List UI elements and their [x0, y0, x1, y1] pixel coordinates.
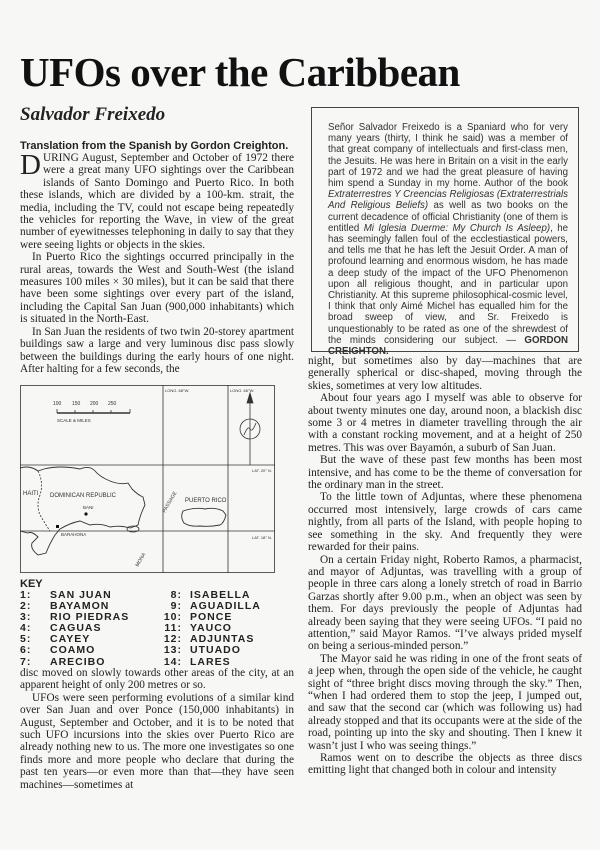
- svg-text:250: 250: [108, 401, 117, 407]
- paragraph: About four years ago I myself was able t…: [308, 392, 582, 454]
- article-title: UFOs over the Caribbean: [20, 50, 460, 94]
- paragraph: UFOs were seen performing evolutions of …: [20, 692, 294, 791]
- right-column: night, but sometimes also by day—machine…: [308, 355, 582, 777]
- svg-text:100: 100: [53, 401, 62, 407]
- svg-text:PUERTO RICO: PUERTO RICO: [185, 498, 227, 504]
- author-byline: Salvador Freixedo: [20, 104, 165, 126]
- paragraph: On a certain Friday night, Roberto Ramos…: [308, 554, 582, 653]
- key-item: 13:UTUADO: [158, 645, 261, 656]
- book-title: Mi Iglesia Duerme: My Church Is Asleep): [364, 223, 550, 234]
- svg-text:SCALE & MILES: SCALE & MILES: [57, 418, 91, 423]
- svg-text:200: 200: [90, 401, 99, 407]
- editor-note-box: Señor Salvador Freixedo is a Spaniard wh…: [311, 107, 579, 352]
- paragraph: To the little town of Adjuntas, where th…: [308, 491, 582, 553]
- svg-text:LONG. 68°W.: LONG. 68°W.: [165, 388, 189, 393]
- paragraph: The Mayor said he was riding in one of t…: [308, 653, 582, 752]
- paragraph: Ramos went on to describe the objects as…: [308, 752, 582, 777]
- translation-credit: Translation from the Spanish by Gordon C…: [20, 140, 288, 152]
- svg-text:LONG. 66°W.: LONG. 66°W.: [230, 388, 254, 393]
- drop-cap: D: [20, 153, 41, 177]
- key-item: 6:COAMO: [20, 645, 129, 656]
- svg-text:PASSAGE: PASSAGE: [162, 490, 179, 514]
- svg-text:DOMINICAN REPUBLIC: DOMINICAN REPUBLIC: [50, 493, 117, 499]
- paragraph: But the wave of these past few months ha…: [308, 454, 582, 491]
- left-column-top: DURING August, September and October of …: [20, 152, 294, 375]
- paragraph: In Puerto Rico the sightings occurred pr…: [20, 251, 294, 325]
- paragraph: night, but sometimes also by day—machine…: [308, 355, 582, 392]
- paragraph: DURING August, September and October of …: [20, 152, 294, 251]
- svg-text:HAITI: HAITI: [23, 491, 39, 497]
- svg-text:LAT. 20° N.: LAT. 20° N.: [252, 468, 272, 473]
- key-item: 7:ARECIBO: [20, 657, 129, 668]
- key-list-left: 1:SAN JUAN 2:BAYAMON 3:RIO PIEDRAS 4:CAG…: [20, 590, 129, 668]
- svg-text:MONA: MONA: [135, 551, 148, 568]
- paragraph: disc moved on slowly towards other areas…: [20, 667, 294, 692]
- svg-text:BARAHONA: BARAHONA: [61, 532, 86, 537]
- key-list-right: 8:ISABELLA 9:AGUADILLA 10:PONCE 11:YAUCO…: [158, 590, 261, 668]
- key-item: 14:LARES: [158, 657, 261, 668]
- svg-text:LAT. 18° N.: LAT. 18° N.: [252, 535, 272, 540]
- svg-text:150: 150: [72, 401, 81, 407]
- paragraph: In San Juan the residents of two twin 20…: [20, 326, 294, 376]
- left-column-bottom: disc moved on slowly towards other areas…: [20, 667, 294, 791]
- caribbean-map: 100 150 200 250 SCALE & MILES LONG. 68°W…: [20, 385, 275, 573]
- svg-text:BANI: BANI: [83, 505, 94, 510]
